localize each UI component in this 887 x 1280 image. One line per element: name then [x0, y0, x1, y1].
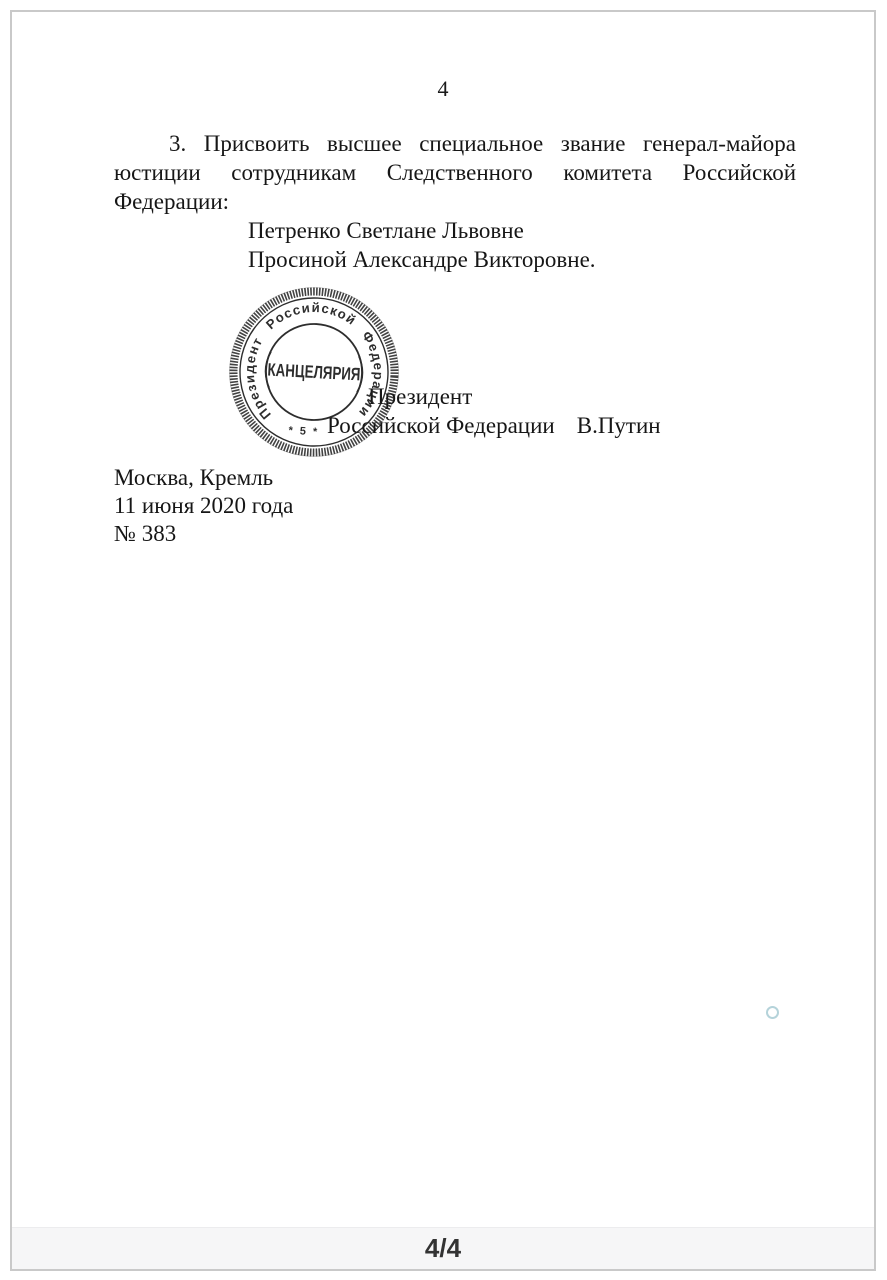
issue-number: № 383 [114, 520, 293, 548]
decree-paragraph: 3. Присвоить высшее специальное звание г… [114, 129, 796, 216]
name-item-2: Просиной Александре Викторовне. [248, 246, 596, 275]
issue-date: 11 июня 2020 года [114, 492, 293, 520]
stamp-center-text: КАНЦЕЛЯРИЯ [267, 360, 361, 385]
paragraph-line-3: Федерации: [114, 187, 796, 216]
pagination-bar: 4/4 [12, 1227, 874, 1269]
stamp-bottom-text: * 5 * [288, 425, 319, 439]
signer-name: В.Путин [577, 413, 661, 438]
paragraph-line-1: 3. Присвоить высшее специальное звание г… [114, 129, 796, 158]
issue-place: Москва, Кремль [114, 464, 293, 492]
chancellery-stamp-icon: Президент Российской Федерации КАНЦЕЛЯРИ… [224, 282, 404, 462]
document-page: 4 3. Присвоить высшее специальное звание… [12, 12, 874, 1269]
document-viewer-frame: 4 3. Присвоить высшее специальное звание… [10, 10, 876, 1271]
pagination-label: 4/4 [425, 1233, 461, 1264]
page-number: 4 [12, 76, 874, 102]
name-item-1: Петренко Светлане Львовне [248, 217, 596, 246]
issue-block: Москва, Кремль 11 июня 2020 года № 383 [114, 464, 293, 547]
paragraph-line-2: юстиции сотрудникам Следственного комите… [114, 158, 796, 187]
names-list: Петренко Светлане Львовне Просиной Алекс… [248, 217, 596, 274]
status-circle-icon [766, 1006, 779, 1019]
